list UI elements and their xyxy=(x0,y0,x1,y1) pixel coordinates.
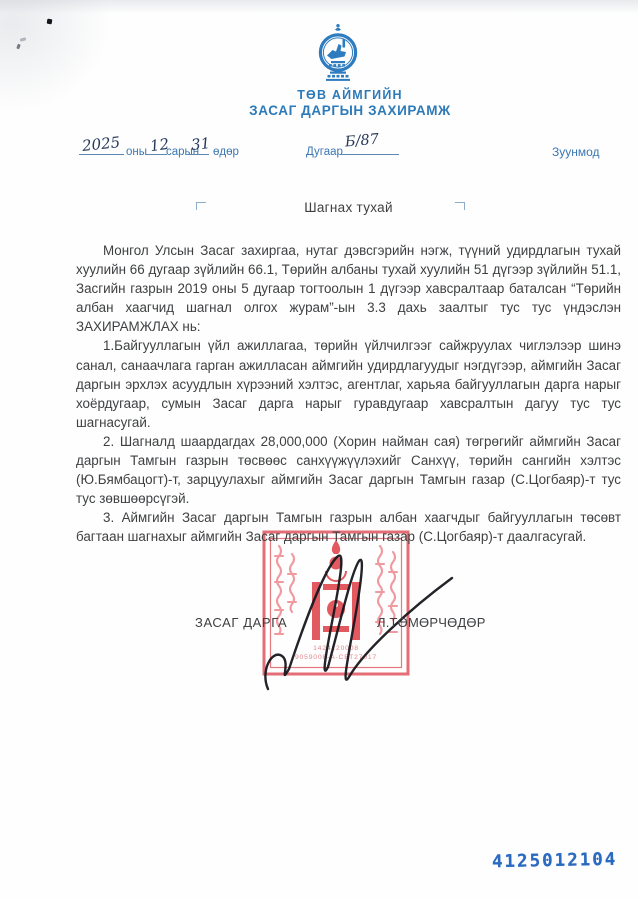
scan-smudge xyxy=(0,0,120,120)
document-title: Шагнах тухай xyxy=(76,200,621,215)
number-underline xyxy=(341,154,399,155)
decree-item-1: 1.Байгууллагын үйл ажиллагаа, төрийн үйл… xyxy=(76,336,621,431)
document-body: Монгол Улсын Засаг захиргаа, нутаг дэвсг… xyxy=(76,241,621,547)
scan-speck xyxy=(47,19,53,25)
date-year-label: оны xyxy=(126,146,147,158)
date-year-value: 2025 xyxy=(81,133,121,155)
date-day-label: өдөр xyxy=(213,146,239,158)
year-underline xyxy=(79,154,124,155)
org-name-line1: ТӨВ АЙМГИЙН xyxy=(76,88,624,102)
day-underline xyxy=(188,154,209,155)
place-name: Зуунмод xyxy=(552,145,600,159)
month-underline xyxy=(146,154,167,155)
decree-item-2: 2. Шагналд шаардагдах 28,000,000 (Хорин … xyxy=(76,432,621,508)
right-corner-mark xyxy=(455,202,465,210)
date-day-value: 31 xyxy=(190,134,211,154)
document-page: ТӨВ АЙМГИЙН ЗАСАГ ДАРГЫН ЗАХИРАМЖ 2025 о… xyxy=(0,0,638,899)
signer-name: Л.ТӨМӨРЧӨДӨР xyxy=(377,615,486,630)
registration-number-stamp: 4125012104 xyxy=(492,850,618,873)
doc-number-value: Б/87 xyxy=(344,132,379,151)
doc-number-label: Дугаар xyxy=(306,146,343,158)
org-name-line2: ЗАСАГ ДАРГЫН ЗАХИРАМЖ xyxy=(76,103,624,118)
intro-paragraph: Монгол Улсын Засаг захиргаа, нутаг дэвсг… xyxy=(76,241,621,336)
mongolia-emblem-icon xyxy=(318,22,358,85)
